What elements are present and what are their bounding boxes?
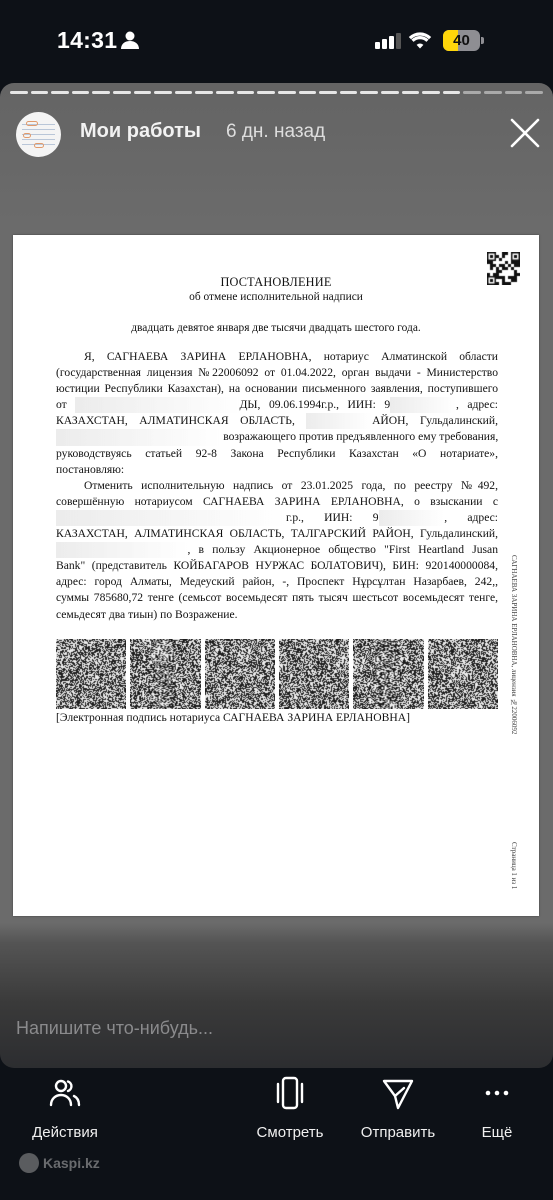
signature-caption: [Электронная подпись нотариуса САГНАЕВА … — [56, 711, 410, 724]
document-line: руководствуясь статьей 92-8 Закона Респу… — [56, 446, 498, 462]
redacted-text: ████████████████████ — [75, 397, 239, 413]
progress-segment — [381, 91, 399, 94]
document-line: Я, САГНАЕВА ЗАРИНА ЕРЛАНОВНА, нотариус А… — [56, 349, 498, 365]
progress-segment — [10, 91, 28, 94]
document-subtitle: об отмене исполнительной надписи — [13, 291, 539, 303]
more-icon — [479, 1075, 515, 1111]
send-button[interactable]: Отправить — [355, 1075, 441, 1141]
kaspi-watermark: Kaspi.kz — [19, 1153, 100, 1173]
comment-input[interactable] — [16, 1013, 536, 1043]
document-line: ████████████████, в пользу Акционерное о… — [56, 542, 498, 558]
story-header: Мои работы 6 дн. назад — [0, 105, 553, 161]
document-line: постановляю: — [56, 462, 498, 478]
document-line: от ████████████████████ДЫ, 09.06.1994г.р… — [56, 397, 498, 413]
redacted-text: ████████████████████ — [56, 429, 220, 445]
signature-barcode — [428, 639, 498, 709]
progress-segment — [484, 91, 502, 94]
signature-barcode — [56, 639, 126, 709]
wifi-icon — [408, 30, 432, 50]
progress-segment — [134, 91, 152, 94]
side-stamp-text: САГНАЕВА ЗАРИНА ЕРЛАНОВНА, лицензия №220… — [510, 555, 518, 734]
document-line: ████████████████████████████г.р., ИИН: 9… — [56, 510, 498, 526]
phone-view-icon — [272, 1075, 308, 1111]
story-author[interactable]: Мои работы — [80, 120, 201, 143]
progress-segment — [319, 91, 337, 94]
document-line: (государственная лицензия №22006092 от 0… — [56, 365, 498, 381]
send-label: Отправить — [361, 1124, 435, 1141]
document-body: Я, САГНАЕВА ЗАРИНА ЕРЛАНОВНА, нотариус А… — [56, 349, 498, 623]
document-line: КАЗАХСТАН, АЛМАТИНСКАЯ ОБЛАСТЬ, ████████… — [56, 413, 498, 429]
document-line: совершённую нотариусом САГНАЕВА ЗАРИНА Е… — [56, 494, 498, 510]
progress-segment — [463, 91, 481, 94]
progress-segment — [237, 91, 255, 94]
progress-segment — [525, 91, 543, 94]
actions-label: Действия — [32, 1124, 98, 1141]
progress-segment — [360, 91, 378, 94]
progress-segment — [216, 91, 234, 94]
document-line: ████████████████████ возражающего против… — [56, 429, 498, 445]
progress-segment — [175, 91, 193, 94]
signature-barcode — [130, 639, 200, 709]
progress-segment — [92, 91, 110, 94]
redacted-text: ████████ — [379, 510, 445, 526]
document-line: суммы 785680,72 тенге (семьсот восемьдес… — [56, 590, 498, 606]
signature-barcode — [205, 639, 275, 709]
person-icon — [120, 30, 140, 50]
progress-segment — [51, 91, 69, 94]
more-label: Ещё — [482, 1124, 513, 1141]
progress-segment — [154, 91, 172, 94]
send-icon — [380, 1075, 416, 1111]
status-bar: 14:31 40 — [0, 0, 553, 80]
story-progress-bar — [10, 91, 543, 94]
battery-icon: 40 — [443, 30, 480, 51]
signature-barcode — [279, 639, 349, 709]
progress-segment — [72, 91, 90, 94]
document-line: адрес: город Алматы, Медеуский район, -,… — [56, 574, 498, 590]
status-time: 14:31 — [57, 27, 117, 54]
story-viewer: Мои работы 6 дн. назад ПОСТАНОВЛЕНИЕ об … — [0, 83, 553, 1068]
progress-segment — [443, 91, 461, 94]
close-icon[interactable] — [508, 116, 542, 150]
document-page: ПОСТАНОВЛЕНИЕ об отмене исполнительной н… — [13, 235, 539, 916]
progress-segment — [340, 91, 358, 94]
progress-segment — [195, 91, 213, 94]
document-line: КАЗАХСТАН, АЛМАТИНСКАЯ ОБЛАСТЬ, ТАЛГАРСК… — [56, 526, 498, 542]
page-number: Страница 1 из 1 — [510, 842, 518, 889]
progress-segment — [278, 91, 296, 94]
redacted-text: ████████████████████████████ — [56, 510, 286, 526]
progress-segment — [257, 91, 275, 94]
progress-segment — [402, 91, 420, 94]
document-date: двадцать девятое января две тысячи двадц… — [13, 322, 539, 334]
document-line: Bank" (представитель КОЙБАГАРОВ НУРЖАС Б… — [56, 558, 498, 574]
document-title: ПОСТАНОВЛЕНИЕ — [13, 275, 539, 290]
redacted-text: ████████ — [390, 397, 456, 413]
cellular-signal-icon — [374, 32, 402, 50]
progress-segment — [505, 91, 523, 94]
document-line: юстиции Республики Казахстан), на основа… — [56, 381, 498, 397]
progress-segment — [299, 91, 317, 94]
progress-segment — [422, 91, 440, 94]
avatar[interactable] — [16, 112, 61, 157]
document-line: семьдесят два тиын) по Возражение. — [56, 607, 498, 623]
redacted-text: ████████ — [306, 413, 372, 429]
document-line: Отменить исполнительную надпись от 23.01… — [56, 478, 498, 494]
story-time: 6 дн. назад — [226, 121, 325, 143]
redacted-text: ████████████████ — [56, 542, 187, 558]
battery-percent: 40 — [443, 30, 480, 51]
signature-barcodes — [56, 639, 498, 709]
watermark-text: Kaspi.kz — [43, 1155, 100, 1171]
kaspi-logo-icon — [19, 1153, 39, 1173]
view-button[interactable]: Смотреть — [250, 1075, 330, 1141]
progress-segment — [113, 91, 131, 94]
users-icon — [47, 1075, 83, 1111]
battery-nub — [481, 37, 484, 44]
actions-button[interactable]: Действия — [28, 1075, 102, 1141]
action-bar: Действия Смотреть Отправить Ещё — [0, 1075, 553, 1155]
signature-barcode — [353, 639, 423, 709]
progress-segment — [31, 91, 49, 94]
more-button[interactable]: Ещё — [472, 1075, 522, 1141]
view-label: Смотреть — [257, 1124, 324, 1141]
